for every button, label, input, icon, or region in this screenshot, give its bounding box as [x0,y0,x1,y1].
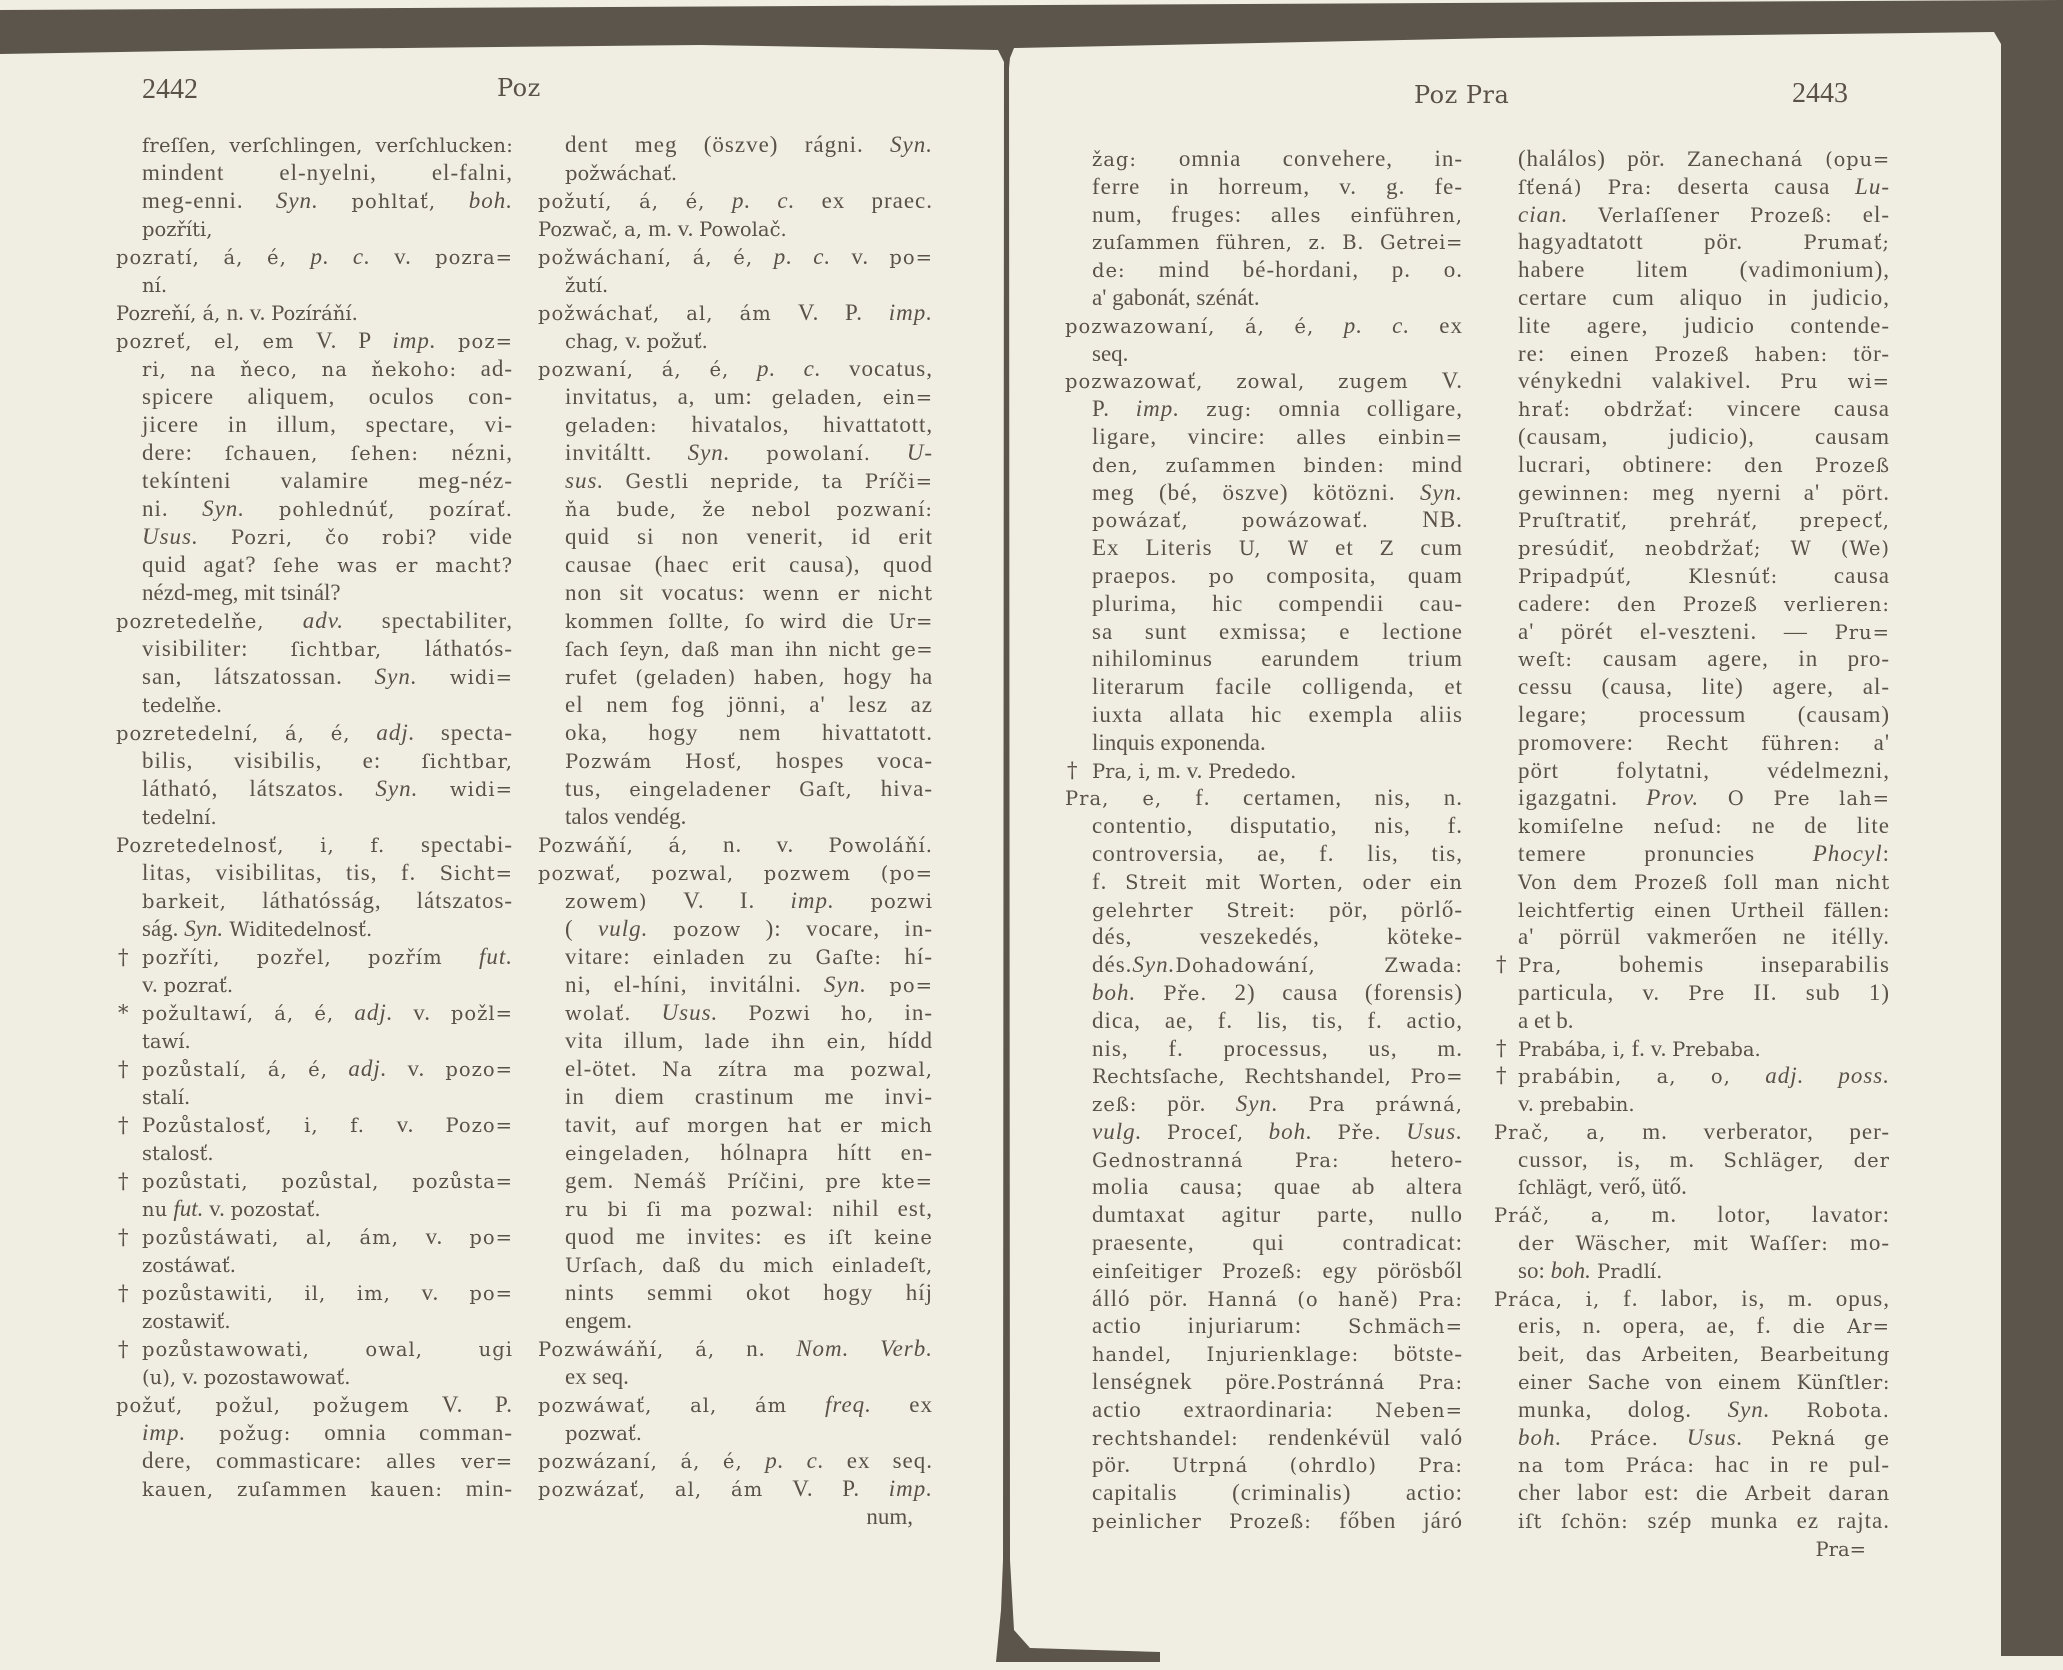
text-line: cadere: den Prozeß verlieren: [1494,590,1890,618]
roman-text: hogy ha [843,664,933,689]
line-text: certare cum aliquo in judicio, [1518,284,1890,312]
fraktur-text: Prebaba. [1672,1038,1761,1061]
roman-text: : [1883,841,1890,866]
italic-text: freq. [825,1392,872,1417]
fraktur-text: alles ver= [386,1450,513,1473]
line-text: Práca, i, f. labor, is, m. opus, [1494,1285,1890,1314]
fraktur-text: Streit mit Worten, oder ein [1125,871,1463,894]
text-line: weſt: causam agere, in pro- [1494,645,1890,673]
text-line: powázať, powázowať. NB. [1065,506,1463,534]
line-text: praepos. po composita, quam [1092,562,1463,591]
line-text: eris, n. opera, ae, f. die Ar= [1518,1312,1890,1341]
fraktur-text: alles einführen, [1271,204,1463,227]
roman-text: v. [394,1000,451,1025]
roman-text: controversia, ae, f. lis, tis, [1092,841,1463,866]
fraktur-text: po= [469,1282,513,1305]
line-text: Pra, bohemis inseparabilis [1518,951,1890,980]
text-line: zostawiť. [116,1307,513,1335]
text-line: visibiliter: ſichtbar, láthatós- [116,635,513,663]
fraktur-text: weſt: [1518,648,1603,671]
roman-text: v. [1518,1091,1540,1116]
line-text: munka, dolog. Syn. Robota. [1518,1396,1890,1425]
fraktur-text: der Wäscher, mit Waſſer: [1518,1232,1850,1255]
roman-text: v. [182,1364,204,1389]
fraktur-text: pozůstalí, á, é, [142,1058,348,1081]
text-line: pör. Utrpná (ohrdlo) Pra: [1065,1451,1463,1479]
line-text: so: boh. Pradlí. [1518,1257,1662,1286]
roman-text: pör, pörlő- [1329,897,1463,922]
line-text: pozůstawowati, owal, ugi [142,1335,513,1364]
line-text: Rechtsſache, Rechtshandel, Pro= [1092,1062,1463,1091]
italic-text: boh. [1269,1119,1313,1144]
text-line: oka, hogy nem hivattatott. [538,719,933,747]
fraktur-text: Z [1380,537,1395,560]
line-text: ní. [142,271,167,300]
roman-text: m. verberator, per- [1642,1119,1890,1144]
text-line: chag, v. požuť. [538,327,933,355]
roman-text: praepos. [1092,563,1209,588]
text-line: nézd-meg, mit tsinál? [116,579,513,607]
fraktur-text: Pozri, čo robi? [199,526,470,549]
text-line: quod me invites: es iſt keine [538,1223,933,1251]
fraktur-text: Prabába, i, [1518,1038,1632,1061]
fraktur-text: Rechtsſache, Rechtshandel, Pro= [1092,1065,1463,1088]
italic-text: imp. [791,888,835,913]
roman-text: vénykedni valakivel. [1518,368,1780,393]
italic-text: imp. [889,1476,933,1501]
text-line: dumtaxat agitur parte, nullo [1065,1201,1463,1229]
roman-text: hídd [888,1028,933,1053]
italic-text: boh. [469,188,513,213]
fraktur-text: Pra, e, [1065,787,1195,810]
roman-text: vide [469,524,513,549]
fraktur-text: pozrať. [164,974,234,997]
fraktur-text: pozreť, el, em [116,330,316,353]
line-text: ru bi ſi ma pozwal: nihil est, [565,1195,933,1224]
roman-text: V. P [316,328,392,353]
line-text: pört folytatni, védelmezni, [1518,757,1890,785]
line-text: rufet (geladen) haben, hogy ha [565,663,933,692]
line-text: ňa bude, že nebol pozwaní: [565,495,933,524]
line-text: gem. Nemáš Príčini, pre kte= [565,1167,933,1196]
italic-text: Lu- [1855,174,1890,199]
fraktur-text: pozůstati, pozůstal, pozůsta= [142,1170,513,1193]
fraktur-text: ſach ſeyn, daß man ihn nicht ge= [565,638,933,661]
text-line: ſchlägt, verő, ütő. [1494,1173,1890,1201]
line-text: leichtfertig einen Urtheil fällen: [1518,896,1890,925]
roman-text: 2) causa (forensis) [1235,980,1463,1005]
line-text: pozwaní, á, é, p. c. vocatus, [538,355,933,384]
line-text: cessu (causa, lite) agere, al- [1518,673,1890,701]
line-text: a' pörét el-veszteni. — Pru= [1518,618,1890,647]
line-text: plurima, hic compendii cau- [1092,590,1463,618]
line-text: ligare, vincire: alles einbin= [1092,423,1463,452]
line-text: vulg. Proceſ, boh. Pře. Usus. [1092,1118,1463,1147]
text-line: dent meg (öszve) rágni. Syn. [538,131,933,159]
italic-text: Syn. [184,916,223,941]
line-text: hagyadtatott pör. Prumať; [1518,228,1890,257]
text-line: molia causa; quae ab altera [1065,1173,1463,1201]
fraktur-text: ſťená) Pra: [1518,176,1677,199]
entry-line: Pozwač, a, m. v. Powolač. [538,215,933,243]
line-text: nints semmi okot hogy híj [565,1279,933,1307]
text-line: ( vulg. pozow ): vocare, in- [538,915,933,943]
text-line: stalosť. [116,1139,513,1167]
roman-text: f. labor, is, m. opus, [1623,1286,1890,1311]
fraktur-text: auf morgen hat er mich [635,1114,933,1137]
roman-text: min- [466,1476,513,1501]
line-text: gewinnen: meg nyerni a' pört. [1518,479,1890,508]
fraktur-text: požwáchaní, á, é, [538,246,774,269]
fraktur-text: Von dem Prozeß ſoll man nicht [1518,871,1890,894]
line-text: iuxta allata hic exempla aliis [1092,701,1463,729]
roman-text: ): vocare, in- [741,916,933,941]
roman-text: temere pronuncies [1518,841,1813,866]
text-line: actio injuriarum: Schmäch= [1065,1312,1463,1340]
italic-text: vulg. [598,916,648,941]
line-text: pozwázaní, á, é, p. c. ex seq. [538,1447,933,1476]
text-line: Usus. Pozri, čo robi? vide [116,523,513,551]
roman-text: (causam, judicio), causam [1518,424,1890,449]
entry-line: pozwázaní, á, é, p. c. ex seq. [538,1447,933,1475]
roman-text: m. lotor, lavator: [1651,1202,1890,1227]
line-text: el-ötet. Na zítra ma pozwal, [565,1055,933,1084]
fraktur-text: rufet (geladen) haben, [565,666,843,689]
text-line: a' gabonát, szénát. [1065,284,1463,312]
fraktur-text: den Prozeß [1744,454,1890,477]
fraktur-text: Práč, a, [1494,1204,1651,1227]
text-column-right-2: (halálos) pör. Zanechaná (opu=ſťená) Pra… [1494,145,1890,1563]
text-column-left-2: dent meg (öszve) rágni. Syn.požwáchať.po… [538,131,933,1531]
fraktur-text: požuť. [647,330,708,353]
line-text: požwáchať, al, ám V. P. imp. [538,299,933,328]
roman-text: num, [866,1504,913,1529]
text-line: legare; processum (causam) [1494,701,1890,729]
roman-text: v. [625,328,647,353]
line-text: visibiliter: ſichtbar, láthatós- [142,635,513,664]
entry-line: pozretedelní, á, é, adj. specta- [116,719,513,747]
text-line: invitáltt. Syn. powolaní. U- [538,439,933,467]
roman-text: ex seq. [825,1448,933,1473]
roman-text: spicere aliquem, oculos con- [142,384,513,409]
italic-text: Syn. [1728,1397,1771,1422]
line-text: temere pronuncies Phocyl: [1518,840,1890,868]
fraktur-text: Utrpná (ohrdlo) Pra: [1172,1454,1463,1477]
roman-text: v. [142,972,164,997]
italic-text: p. c. [732,188,795,213]
roman-text: tus, [565,776,629,801]
line-text: tekínteni valamire meg-néz- [142,467,513,495]
roman-text: Ex Literis [1092,535,1239,560]
fraktur-text: Prededo. [1208,760,1296,783]
fraktur-text: handel, Injurienklage: [1092,1343,1394,1366]
fraktur-text: nu [142,1198,173,1221]
line-text: seq. [1092,340,1128,368]
roman-text: spectabi- [421,832,513,857]
line-text: Gednostranná Pra: hetero- [1092,1146,1463,1175]
line-text: san, látszatossan. Syn. widi= [142,663,513,692]
entry-line: požutí, á, é, p. c. ex praec. [538,187,933,215]
line-text: kauen, zuſammen kauen: min- [142,1475,513,1504]
text-line: freſſen, verſchlingen, verſchlucken: [116,131,513,159]
roman-text: seq. [1092,341,1128,366]
line-text: quid agat? ſehe was er macht? [142,551,513,580]
line-text: meg-enni. Syn. pohltať, boh. [142,187,513,216]
fraktur-text: kauen, zuſammen kauen: [142,1478,466,1501]
fraktur-text: požl= [451,1002,513,1025]
roman-text: n. v. [227,300,272,325]
fraktur-text: Pozwi ho, [718,1002,904,1025]
line-text: Prabába, i, f. v. Prebaba. [1518,1035,1761,1064]
fraktur-text: die Arbeit daran [1696,1482,1890,1505]
roman-text: nézd-meg, mit tsinál? [142,580,341,605]
roman-text: ság. [142,916,184,941]
line-text: sus. Gestli nepride, ta Príči= [565,467,933,496]
text-line: žag: omnia convehere, in- [1065,145,1463,173]
roman-text: a' gabonát, szénát. [1092,285,1260,310]
line-text: cher labor est: die Arbeit daran [1518,1479,1890,1508]
line-text: mindent el-nyelni, el-falni, [142,159,513,187]
fraktur-text: Pruſtratiť, prehráť, prepecť, [1518,509,1890,532]
roman-text: cher labor est: [1518,1480,1696,1505]
line-text: Pozwáňí, á, n. v. Powoláňí. [538,831,933,860]
line-text: dumtaxat agitur parte, nullo [1092,1201,1463,1229]
line-text: pozwať, pozwal, pozwem (po= [538,859,933,888]
fraktur-text: U, W [1239,537,1309,560]
text-line: kommen ſollte, ſo wird die Ur= [538,607,933,635]
fraktur-text: Gednostranná Pra: [1092,1149,1391,1172]
line-text: dés.Syn.Dohadowání, Zwada: [1092,951,1463,980]
line-text: komiſelne neſud: ne de lite [1518,812,1890,841]
text-line: el nem fog jönni, a' lesz az [538,691,933,719]
text-line: presúdiť, neobdržať; W (We) [1494,534,1890,562]
roman-text: bötste- [1394,1341,1463,1366]
fraktur-text: Nemáš Príčini, pre kte= [634,1170,933,1193]
entry-line: Pozwáňí, á, n. v. Powoláňí. [538,831,933,859]
text-line: boh. Pře. 2) causa (forensis) [1065,979,1463,1007]
roman-text: dumtaxat agitur parte, nullo [1092,1202,1463,1227]
italic-text: adv. [303,608,344,633]
line-text: tavit, auf morgen hat er mich [565,1111,933,1140]
text-line: tawí. [116,1027,513,1055]
fraktur-text: stalosť. [142,1142,214,1165]
roman-text: causae (haec erit causa), quod [565,552,933,577]
text-line: Gednostranná Pra: hetero- [1065,1146,1463,1174]
roman-text: tekínteni valamire meg-néz- [142,468,513,493]
entry-line: *požultawí, á, é, adj. v. požl= [116,999,513,1027]
text-line: nu fut. v. pozostať. [116,1195,513,1223]
text-line: (halálos) pör. Zanechaná (opu= [1494,145,1890,173]
fraktur-text: pozůstáwati, al, ám, [142,1226,425,1249]
fraktur-text: pozříti, pozřel, pozřím [142,946,479,969]
fraktur-text: pohltať, [319,190,469,213]
roman-text: iuxta allata hic exempla aliis [1092,702,1463,727]
line-text: capitalis (criminalis) actio: [1092,1479,1463,1507]
roman-text: V. P. [798,300,889,325]
roman-text: composita, quam [1235,563,1463,588]
book-spread: 2442 Poz freſſen, verſchlingen, verſchlu… [0,0,2063,1670]
text-line: (causam, judicio), causam [1494,423,1890,451]
fraktur-text: ru bi ſi ma pozwal: [565,1198,832,1221]
fraktur-text: tedelní. [142,806,217,829]
roman-text: capitalis (criminalis) actio: [1092,1480,1463,1505]
roman-text: cussor, is, m. [1518,1147,1724,1172]
line-text: tus, eingeladener Gaſt, hiva- [565,775,933,804]
roman-text: ni, el-híni, invitálni. [565,972,824,997]
dagger-mark-icon: † [118,1223,129,1251]
text-line: ru bi ſi ma pozwal: nihil est, [538,1195,933,1223]
fraktur-text: požuť, požul, požugem [116,1394,442,1417]
roman-text: nihilominus earundem trium [1092,646,1463,671]
text-line: nis, f. processus, us, m. [1065,1035,1463,1063]
line-text: stalí. [142,1083,190,1112]
entry-line: pozwaní, á, é, p. c. vocatus, [538,355,933,383]
text-line: ni. Syn. pohlednúť, pozírať. [116,495,513,523]
line-text: v. prebabin. [1518,1090,1635,1119]
text-line: cian. Verlaſſener Prozeß: el- [1494,201,1890,229]
text-line: el-ötet. Na zítra ma pozwal, [538,1055,933,1083]
line-text: ſach ſeyn, daß man ihn nicht ge= [565,635,933,664]
roman-text: deserta causa [1677,174,1855,199]
fraktur-text: prebabin. [1540,1093,1635,1116]
roman-text: plurima, hic compendii cau- [1092,591,1463,616]
line-text: engem. [565,1307,632,1335]
text-line: na tom Práca: hac in re pul- [1494,1451,1890,1479]
fraktur-text: po [1209,565,1235,588]
fraktur-text: den Prozeß verlieren: [1617,593,1890,616]
fraktur-text: po= [867,974,933,997]
line-text: quod me invites: es iſt keine [565,1223,933,1252]
entry-line: Práč, a, m. lotor, lavator: [1494,1201,1890,1229]
line-text: el nem fog jönni, a' lesz az [565,691,933,719]
roman-text: sa sunt exmissa; e lectione [1092,619,1463,644]
fraktur-text: (u), [142,1366,182,1389]
italic-text: U- [907,440,933,465]
line-text: meg (bé, öszve) kötözni. Syn. [1092,479,1463,507]
text-line: temere pronuncies Phocyl: [1494,840,1890,868]
entry-line: †Prabába, i, f. v. Prebaba. [1494,1035,1890,1063]
entry-line: †pozůstati, pozůstal, pozůsta= [116,1167,513,1195]
line-text: boh. Pře. 2) causa (forensis) [1092,979,1463,1008]
text-line: jicere in illum, spectare, vi- [116,411,513,439]
roman-text: litas, visibilitas, tis, f. [142,860,440,885]
line-text: zeß: pör. Syn. Pra práwná, [1092,1090,1463,1119]
roman-text: mind [1412,452,1463,477]
entry-line: †pozůstáwati, al, ám, v. po= [116,1223,513,1251]
fraktur-text: Recht führen: [1666,732,1873,755]
roman-text: hí- [904,944,933,969]
line-text: spicere aliquem, oculos con- [142,383,513,411]
line-text: zostawiť. [142,1307,231,1336]
text-line: álló pör. Hanná (o haně) Pra: [1065,1285,1463,1313]
line-text: nis, f. processus, us, m. [1092,1035,1463,1063]
line-text: geladen: hivatalos, hivattatott, [565,411,933,440]
roman-text: cadere: [1518,591,1617,616]
fraktur-text: žag: [1092,148,1179,171]
roman-text: verő, ütő. [1599,1174,1687,1199]
roman-text: vocatus, [822,356,933,381]
roman-text: eris, n. opera, ae, f. [1518,1313,1793,1338]
text-line: der Wäscher, mit Waſſer: mo- [1494,1229,1890,1257]
text-line: sus. Gestli nepride, ta Príči= [538,467,933,495]
line-text: pozwazowať, zowal, zugem V. [1065,367,1463,396]
roman-text: tavit, [565,1112,635,1137]
text-line: rechtshandel: rendenkévül való [1065,1424,1463,1452]
fraktur-text: die Ar= [1793,1315,1890,1338]
roman-text: nihil est, [832,1196,933,1221]
text-line: handel, Injurienklage: bötste- [1065,1340,1463,1368]
fraktur-text: pozretedelní, á, é, [116,722,376,745]
asterisk-mark-icon: * [118,999,129,1027]
fraktur-text: Pozreňí, á, [116,302,227,325]
italic-text: p. c. [757,356,822,381]
line-text: re: einen Prozeß haben: tör- [1518,340,1890,369]
entry-line: pozratí, á, é, p. c. v. pozra= [116,243,513,271]
fraktur-text: Pra, i, [1092,760,1157,783]
text-line: dere, commasticare: alles ver= [116,1447,513,1475]
fraktur-text: zostawiť. [142,1310,231,1333]
text-line: tedelní. [116,803,513,831]
line-text: actio injuriarum: Schmäch= [1092,1312,1463,1341]
entry-line: Pozreňí, á, n. v. Pozíráňí. [116,299,513,327]
roman-text: munka, dolog. [1518,1397,1728,1422]
text-line: hrať: obdržať: vincere causa [1494,395,1890,423]
italic-text: Usus. [662,1000,719,1025]
line-text: Pra, e, f. certamen, nis, n. [1065,784,1463,813]
text-line: pozwať. [538,1419,933,1447]
roman-text: vitare: [565,944,653,969]
text-line: Von dem Prozeß ſoll man nicht [1494,868,1890,896]
line-text: pozůstati, pozůstal, pozůsta= [142,1167,513,1196]
roman-text: v. [203,1196,230,1221]
line-text: álló pör. Hanná (o haně) Pra: [1092,1285,1463,1314]
text-column-right-1: žag: omnia convehere, in-ferre in horreu… [1065,145,1463,1535]
fraktur-text: Pozwač, a, [538,218,648,241]
fraktur-text: widi= [418,666,513,689]
fraktur-text: Pozwám Hosť, [565,750,776,773]
text-line: dica, ae, f. lis, tis, f. actio, [1065,1007,1463,1035]
text-line: gem. Nemáš Príčini, pre kte= [538,1167,933,1195]
line-text: Pra, i, m. v. Prededo. [1092,757,1296,786]
text-line: particula, v. Pre II. sub 1) [1494,979,1890,1007]
fraktur-text: Pozůstalosť, i, f. [142,1114,397,1137]
text-line: tekínteni valamire meg-néz- [116,467,513,495]
fraktur-text: pozostawowať. [204,1366,351,1389]
text-line: hagyadtatott pör. Prumať; [1494,228,1890,256]
text-line: re: einen Prozeß haben: tör- [1494,340,1890,368]
italic-text: Syn. [824,972,867,997]
fraktur-text: rechtshandel: [1092,1427,1268,1450]
line-text: (u), v. pozostawowať. [142,1363,351,1392]
fraktur-text: pozwázať, al, ám [538,1478,792,1501]
text-line: Rechtsſache, Rechtshandel, Pro= [1065,1062,1463,1090]
text-line: ligare, vincire: alles einbin= [1065,423,1463,451]
roman-text: hagyadtatott pör. [1518,229,1803,254]
line-text: den, zuſammen binden: mind [1092,451,1463,480]
roman-text: quid si non venerit, id erit [565,524,933,549]
line-text: Pruſtratiť, prehráť, prepecť, [1518,506,1890,535]
text-line: tavit, auf morgen hat er mich [538,1111,933,1139]
fraktur-text: Sicht= [440,862,513,885]
fraktur-text: po= [469,1226,513,1249]
roman-text: hac in re pul- [1715,1452,1890,1477]
line-text: num, [866,1503,913,1531]
roman-text: actio extraordinaria: [1092,1397,1375,1422]
italic-text: Syn. [202,496,245,521]
roman-text: főben járó [1339,1508,1463,1533]
roman-text: omnia comman- [324,1420,513,1445]
roman-text: praesente, qui contradicat: [1092,1230,1463,1255]
